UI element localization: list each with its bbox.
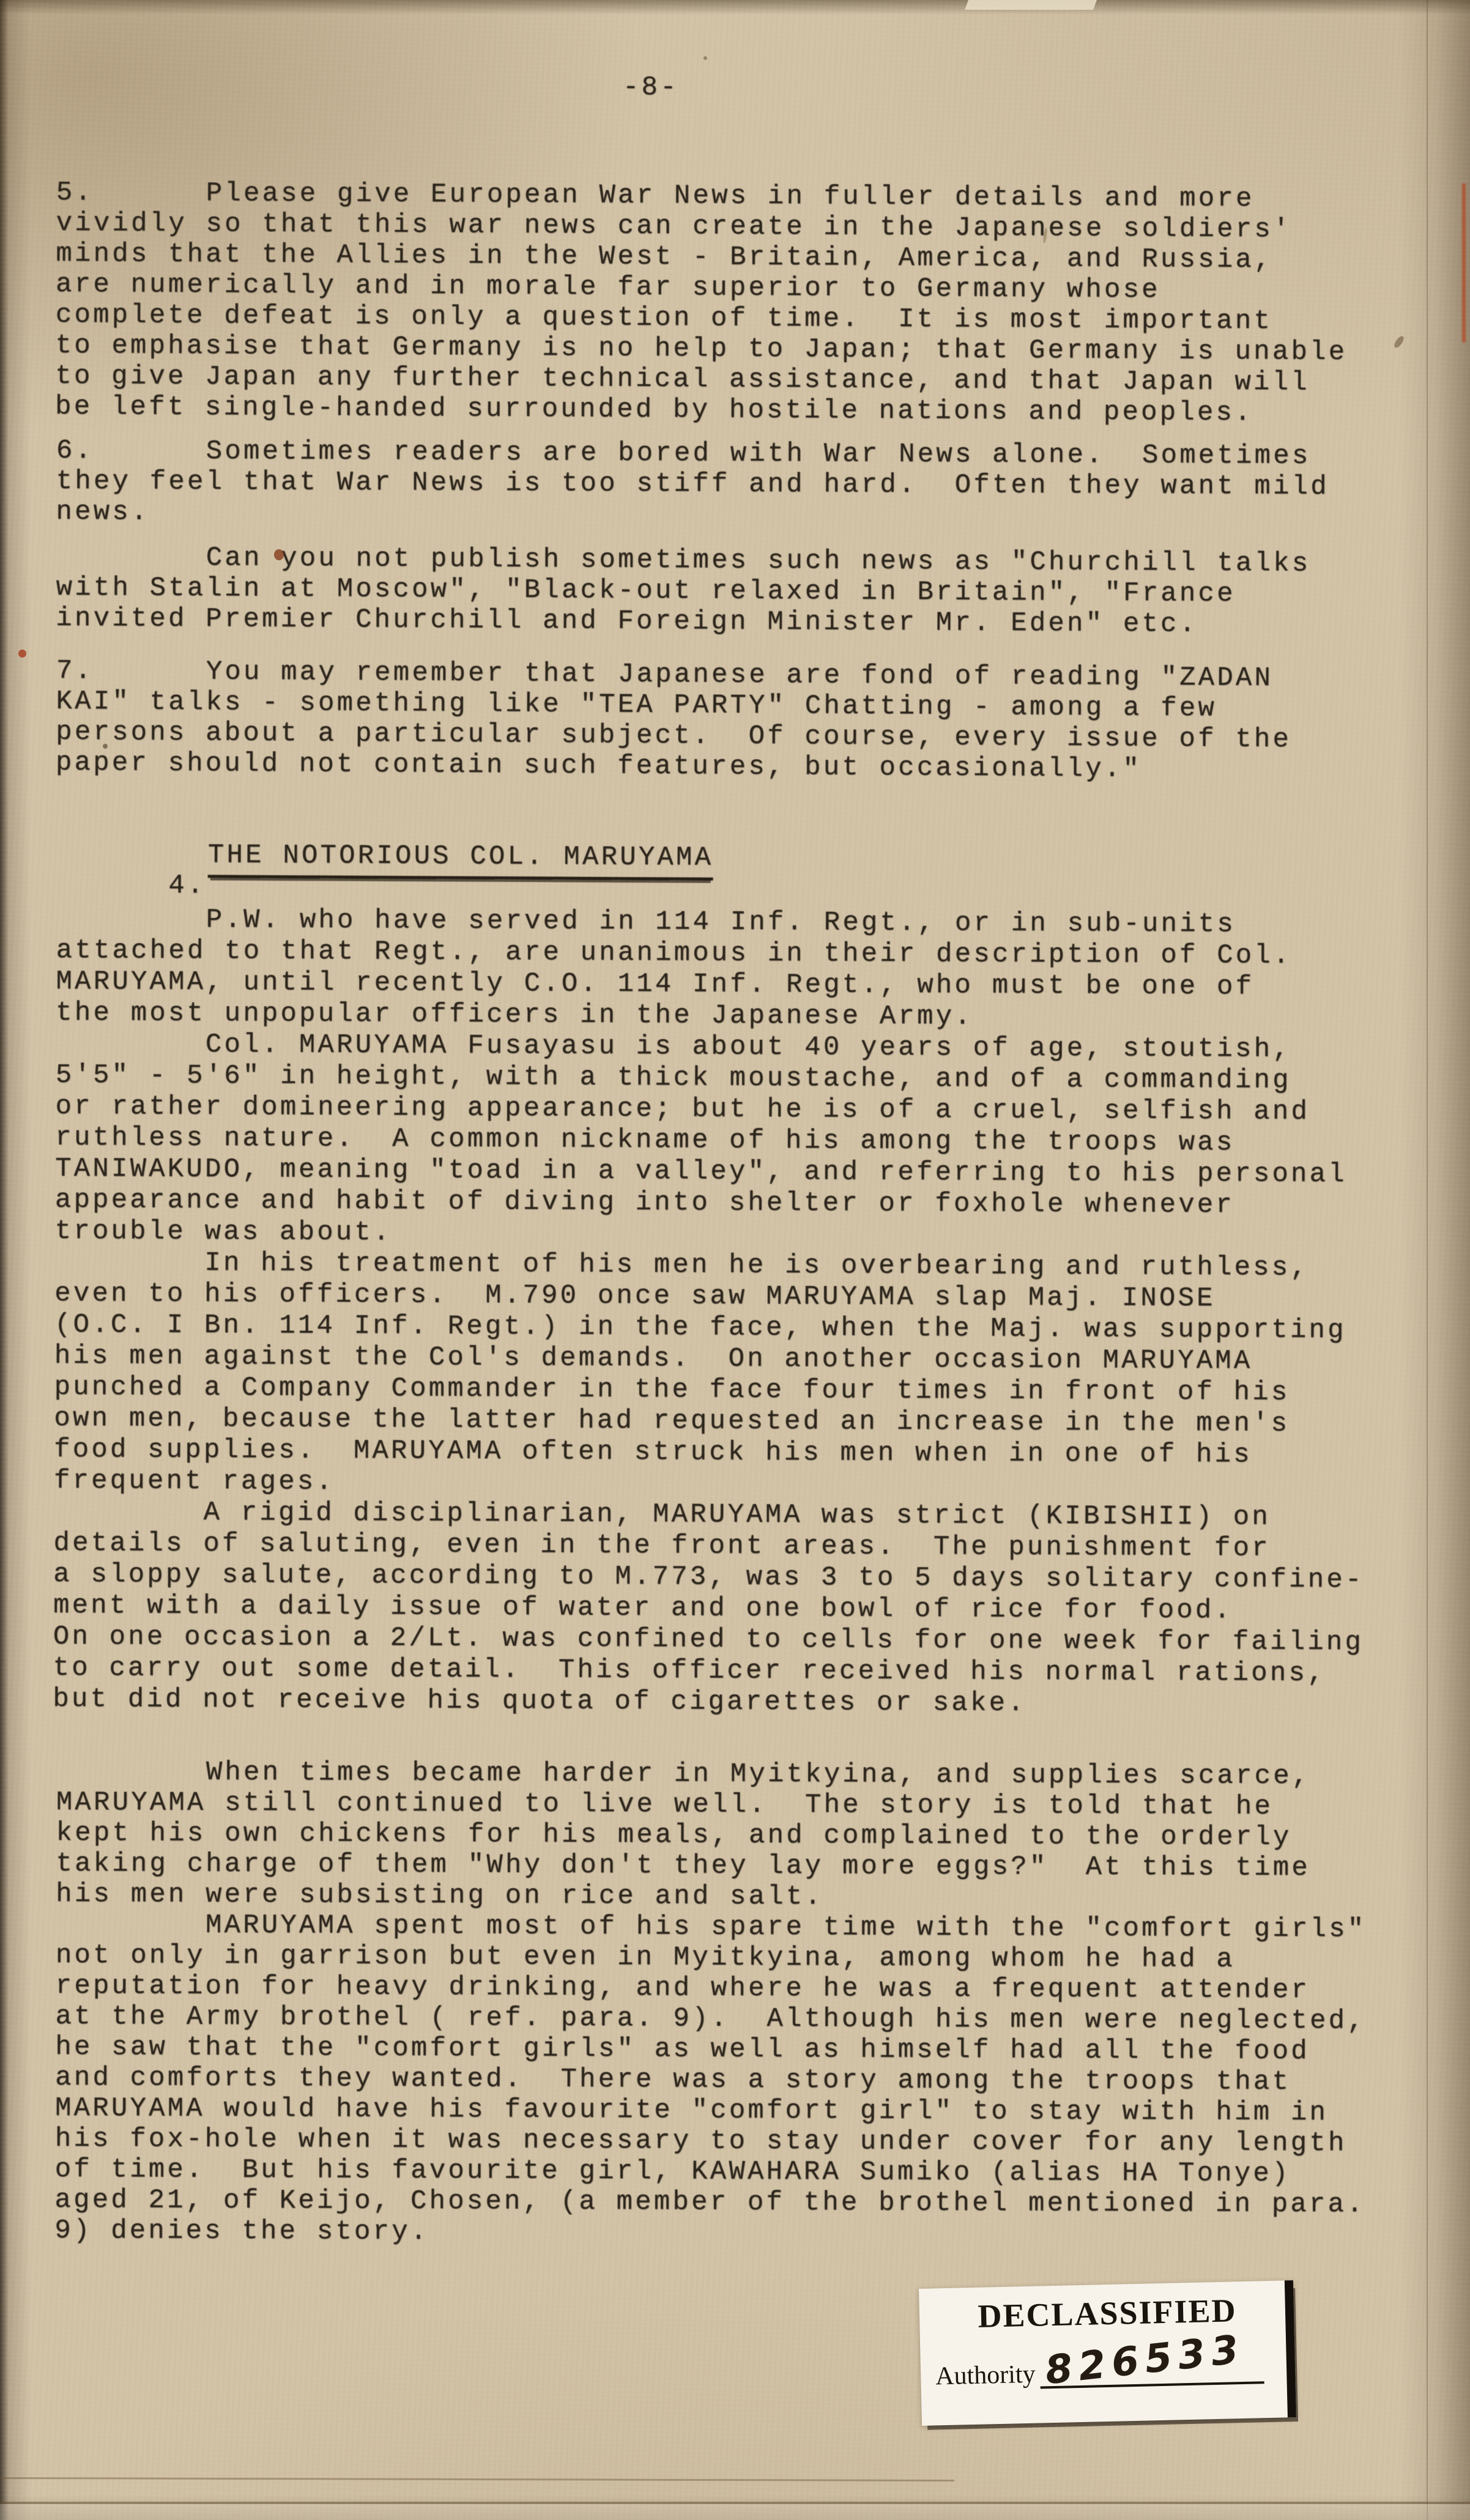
page-fold-line (1427, 0, 1428, 2520)
paragraph-6: 6. Sometimes readers are bored with War … (56, 435, 1329, 533)
red-edge-mark (1462, 183, 1466, 343)
paragraph-7: 7. You may remember that Japanese are fo… (56, 656, 1292, 785)
section-heading-number: 4. (168, 870, 206, 901)
paragraph-6-continued: Can you not publish sometimes such news … (56, 542, 1310, 640)
section-heading-title: THE NOTORIOUS COL. MARUYAMA (208, 840, 714, 880)
paper-stain-speck (103, 744, 108, 749)
stamp-authority-row: Authority 826533 (935, 2333, 1282, 2392)
stamp-authority-number: 826533 (1043, 2327, 1247, 2393)
paper-stain-speck (703, 56, 707, 60)
stamp-authority-label: Authority (935, 2360, 1036, 2392)
stamp-authority-underline: 826533 (1039, 2333, 1264, 2388)
torn-top-edge-notch (965, 0, 1097, 10)
scanned-document-page: -8- 5. Please give European War News in … (0, 0, 1470, 2520)
paragraph-maruyama-description: P.W. who have served in 114 Inf. Regt., … (53, 904, 1367, 1721)
paper-stain-speck (274, 549, 284, 560)
paper-stain-speck (18, 650, 26, 658)
paragraph-maruyama-comforts: When times became harder in Myitkyina, a… (54, 1757, 1367, 2250)
declassified-stamp: DECLASSIFIED Authority 826533 (919, 2280, 1296, 2426)
bottom-edge-strip (0, 2504, 1470, 2520)
typewritten-text-layer: -8- 5. Please give European War News in … (0, 0, 1470, 2520)
paragraph-5: 5. Please give European War News in full… (55, 177, 1348, 429)
page-number: -8- (623, 72, 679, 103)
